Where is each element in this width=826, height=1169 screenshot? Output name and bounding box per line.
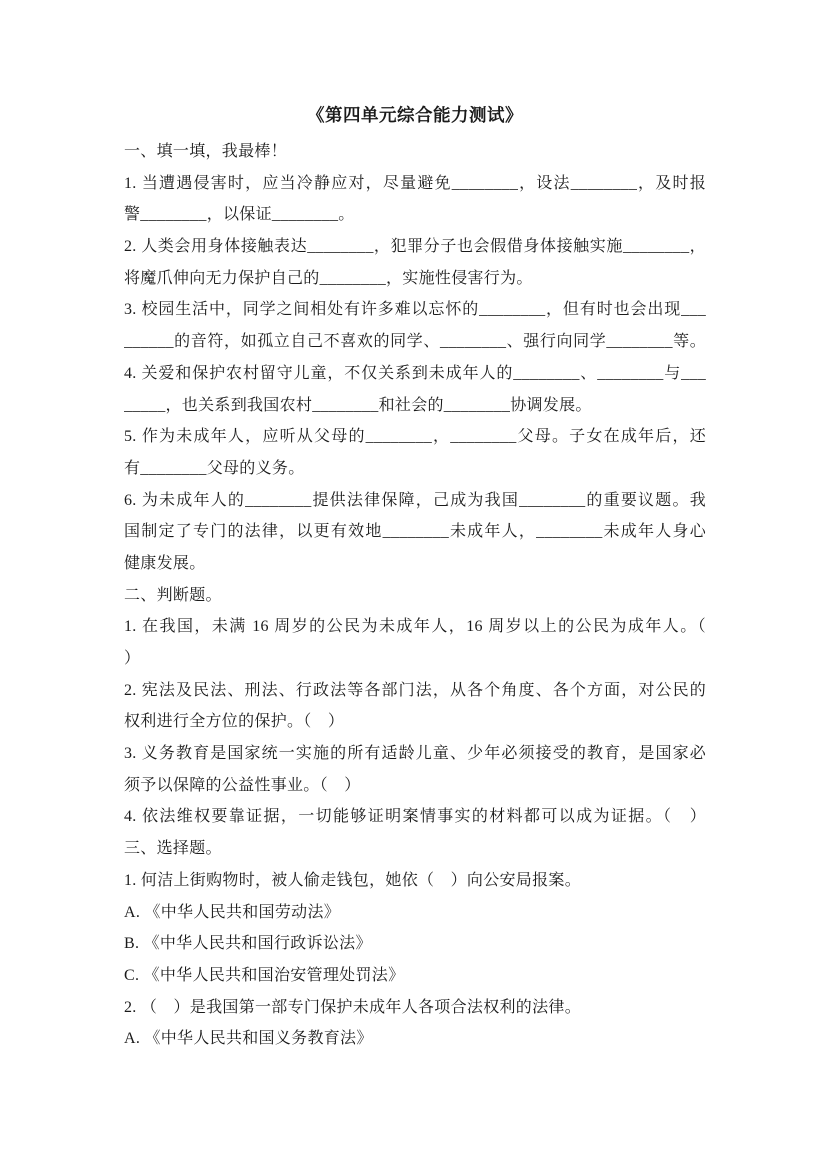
option-line: A. 《中华人民共和国义务教育法》 xyxy=(124,1023,706,1055)
question-line: 1. 在我国，未满 16 周岁的公民为未成年人，16 周岁以上的公民为成年人。（ xyxy=(124,611,706,643)
continuation-line: _____，也关系到我国农村________和社会的________协调发展。 xyxy=(124,390,706,422)
document-body: 一、填一填，我最棒！1. 当遭遇侵害时，应当冷静应对，尽量避免________，… xyxy=(124,136,706,1055)
continuation-line: 健康发展。 xyxy=(124,548,706,580)
question-line: 3. 校园生活中，同学之间相处有许多难以忘怀的________，但有时也会出现_… xyxy=(124,294,706,326)
document-title: 《第四单元综合能力测试》 xyxy=(124,98,706,132)
question-line: 5. 作为未成年人，应听从父母的________，________父母。子女在成… xyxy=(124,421,706,453)
question-line: 1. 当遭遇侵害时，应当冷静应对，尽量避免________，设法________… xyxy=(124,168,706,200)
continuation-line: ） xyxy=(124,643,706,675)
continuation-line: 有________父母的义务。 xyxy=(124,453,706,485)
option-line: C. 《中华人民共和国治安管理处罚法》 xyxy=(124,960,706,992)
continuation-line: ______的音符，如孤立自己不喜欢的同学、________、强行向同学____… xyxy=(124,326,706,358)
worksheet-page: 《第四单元综合能力测试》 一、填一填，我最棒！1. 当遭遇侵害时，应当冷静应对，… xyxy=(0,0,826,1169)
continuation-line: 须予以保障的公益性事业。（ ） xyxy=(124,770,706,802)
continuation-line: 权利进行全方位的保护。（ ） xyxy=(124,706,706,738)
continuation-line: 国制定了专门的法律，以更有效地________未成年人，________未成年人… xyxy=(124,516,706,548)
question-line: 2. 宪法及民法、刑法、行政法等各部门法，从各个角度、各个方面，对公民的 xyxy=(124,675,706,707)
document-content: 《第四单元综合能力测试》 一、填一填，我最棒！1. 当遭遇侵害时，应当冷静应对，… xyxy=(124,98,706,1055)
question-line: 1. 何洁上街购物时，被人偷走钱包，她依（ ）向公安局报案。 xyxy=(124,865,706,897)
continuation-line: 将魔爪伸向无力保护自己的________，实施性侵害行为。 xyxy=(124,263,706,295)
question-line: 4. 依法维权要靠证据，一切能够证明案情事实的材料都可以成为证据。（ ） xyxy=(124,801,706,833)
section-heading-line: 一、填一填，我最棒！ xyxy=(124,136,706,168)
section-heading-line: 三、选择题。 xyxy=(124,833,706,865)
question-line: 2. （ ）是我国第一部专门保护未成年人各项合法权利的法律。 xyxy=(124,992,706,1024)
section-heading-line: 二、判断题。 xyxy=(124,580,706,612)
question-line: 2. 人类会用身体接触表达________，犯罪分子也会假借身体接触实施____… xyxy=(124,231,706,263)
option-line: B. 《中华人民共和国行政诉讼法》 xyxy=(124,928,706,960)
question-line: 6. 为未成年人的________提供法律保障，己成为我国________的重要… xyxy=(124,485,706,517)
continuation-line: 警________，以保证________。 xyxy=(124,199,706,231)
option-line: A. 《中华人民共和国劳动法》 xyxy=(124,897,706,929)
question-line: 3. 义务教育是国家统一实施的所有适龄儿童、少年必须接受的教育，是国家必 xyxy=(124,738,706,770)
question-line: 4. 关爱和保护农村留守儿童，不仅关系到未成年人的________、______… xyxy=(124,358,706,390)
